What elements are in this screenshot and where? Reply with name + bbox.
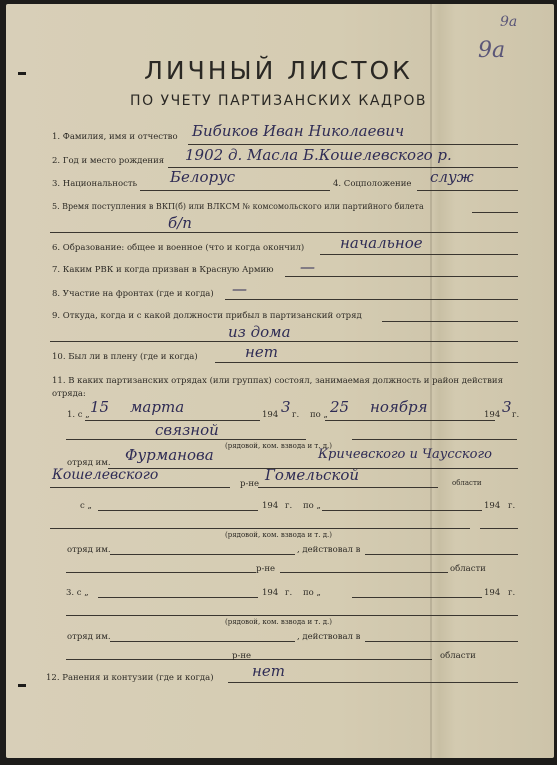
field-line: [140, 190, 330, 191]
entry1-from-day: 15: [90, 398, 109, 416]
field-line: [66, 659, 256, 660]
field-label-arrival: 9. Откуда, когда и с какой должности при…: [52, 311, 362, 321]
field-line: [322, 510, 482, 511]
entry1-g2: г.: [512, 410, 519, 420]
entry1-region: Гомельской: [265, 466, 359, 484]
field-line: [480, 528, 518, 529]
field-line: [280, 572, 448, 573]
field-line: [98, 597, 258, 598]
field-label-birth: 2. Год и место рождения: [52, 156, 164, 166]
entry1-num: 1. с „: [67, 410, 90, 420]
entry1-to-year-prefix: 194: [484, 410, 500, 420]
field-value-fronts: —: [232, 280, 247, 298]
entry1-position: связной: [155, 421, 219, 439]
field-line: [417, 190, 518, 191]
field-value-education: начальное: [340, 234, 423, 252]
entry2-g: г.: [285, 501, 292, 511]
field-line: [98, 510, 258, 511]
entry3-po: по „: [303, 588, 321, 598]
entry1-from-year-prefix: 194: [262, 410, 278, 420]
field-line: [50, 528, 470, 529]
field-value-conscription: —: [300, 258, 315, 276]
entry1-to-day: 25: [330, 398, 349, 416]
field-line: [352, 597, 482, 598]
document-title: ЛИЧНЫЙ ЛИСТОК: [0, 56, 557, 85]
entry1-to-month: ноября: [370, 398, 428, 416]
entry2-po: по „: [303, 501, 321, 511]
entry3-num: 3. с „: [66, 588, 89, 598]
field-line: [50, 341, 518, 342]
entry2-deystvoval: , действовал в: [297, 545, 360, 555]
field-line: [365, 554, 518, 555]
field-value-birth: 1902 д. Масла Б.Кошелевского р.: [185, 146, 452, 164]
entry2-oblasti: области: [450, 564, 486, 574]
field-line: [382, 321, 518, 322]
field-label-captivity: 10. Был ли в плену (где и когда): [52, 352, 198, 362]
position-hint: (рядовой, ком. взвода и т. д.): [225, 442, 332, 450]
entry3-year-prefix2: 194: [484, 588, 500, 598]
archive-mark: 9а: [500, 14, 517, 30]
field-label-name: 1. Фамилия, имя и отчество: [52, 132, 178, 142]
field-value-social: служ: [430, 168, 474, 186]
field-label-fronts: 8. Участие на фронтах (где и когда): [52, 289, 214, 299]
entry2-g2: г.: [508, 501, 515, 511]
field-line: [188, 144, 518, 145]
field-line: [215, 362, 518, 363]
field-line: [252, 659, 432, 660]
entry3-r-ne: р-не: [232, 651, 251, 661]
field-value-arrival: из дома: [228, 323, 291, 341]
entry1-from-year-digit: 3: [281, 398, 291, 416]
entry1-oblasti: области: [452, 479, 482, 487]
entry2-num: с „: [80, 501, 92, 511]
entry3-oblasti: области: [440, 651, 476, 661]
field-line: [258, 487, 438, 488]
field-label-nationality: 3. Национальность: [52, 179, 137, 189]
entry1-g: г.: [292, 410, 299, 420]
entry1-to-year-digit: 3: [502, 398, 512, 416]
field-line: [66, 615, 518, 616]
entry3-g2: г.: [508, 588, 515, 598]
punch-hole: [18, 684, 26, 687]
entry1-area: Кричевского и Чаусского: [318, 447, 492, 462]
field-label-conscription: 7. Каким РВК и когда призван в Красную А…: [52, 265, 274, 275]
field-line: [320, 254, 518, 255]
document-subtitle: ПО УЧЕТУ ПАРТИЗАНСКИХ КАДРОВ: [0, 93, 557, 109]
position-hint: (рядовой, ком. взвода и т. д.): [225, 531, 332, 539]
field-value-name: Бибиков Иван Николаевич: [192, 122, 404, 140]
entry1-r-ne: р-не: [240, 479, 259, 489]
field-line: [225, 299, 518, 300]
field-line: [66, 439, 306, 440]
field-line: [352, 439, 517, 440]
entry1-detachment: Фурманова: [125, 446, 214, 464]
field-line: [110, 554, 295, 555]
field-value-captivity: нет: [245, 343, 278, 361]
field-line: [472, 212, 518, 213]
entry3-year-prefix: 194: [262, 588, 278, 598]
field-line: [66, 572, 256, 573]
entry2-otryad-label: отряд им.: [67, 545, 111, 555]
field-line: [228, 682, 518, 683]
entry3-g: г.: [285, 588, 292, 598]
entry1-po: по „: [310, 410, 328, 420]
field-line: [325, 420, 495, 421]
entry1-district: Кошелевского: [52, 467, 158, 483]
position-hint: (рядовой, ком. взвода и т. д.): [225, 618, 332, 626]
field-line: [285, 276, 518, 277]
field-line: [365, 641, 518, 642]
field-line: [50, 232, 518, 233]
entry3-deystvoval: , действовал в: [297, 632, 360, 642]
entry2-r-ne: р-не: [256, 564, 275, 574]
field-value-party: б/п: [168, 214, 192, 232]
archive-mark: 9а: [478, 38, 505, 63]
field-line: [110, 641, 295, 642]
field-label-wounds: 12. Ранения и контузии (где и когда): [46, 673, 214, 683]
entry2-year-prefix: 194: [262, 501, 278, 511]
field-label-social: 4. Соцположение: [333, 179, 411, 189]
field-value-nationality: Белорус: [170, 168, 235, 186]
entry3-otryad-label: отряд им.: [67, 632, 111, 642]
field-value-wounds: нет: [252, 662, 285, 680]
field-label-education: 6. Образование: общее и военное (что и к…: [52, 243, 304, 253]
entry2-year-prefix2: 194: [484, 501, 500, 511]
field-line: [50, 487, 230, 488]
entry1-from-month: марта: [130, 398, 184, 416]
field-label-party: 5. Время поступления в ВКП(б) или ВЛКСМ …: [52, 202, 424, 211]
